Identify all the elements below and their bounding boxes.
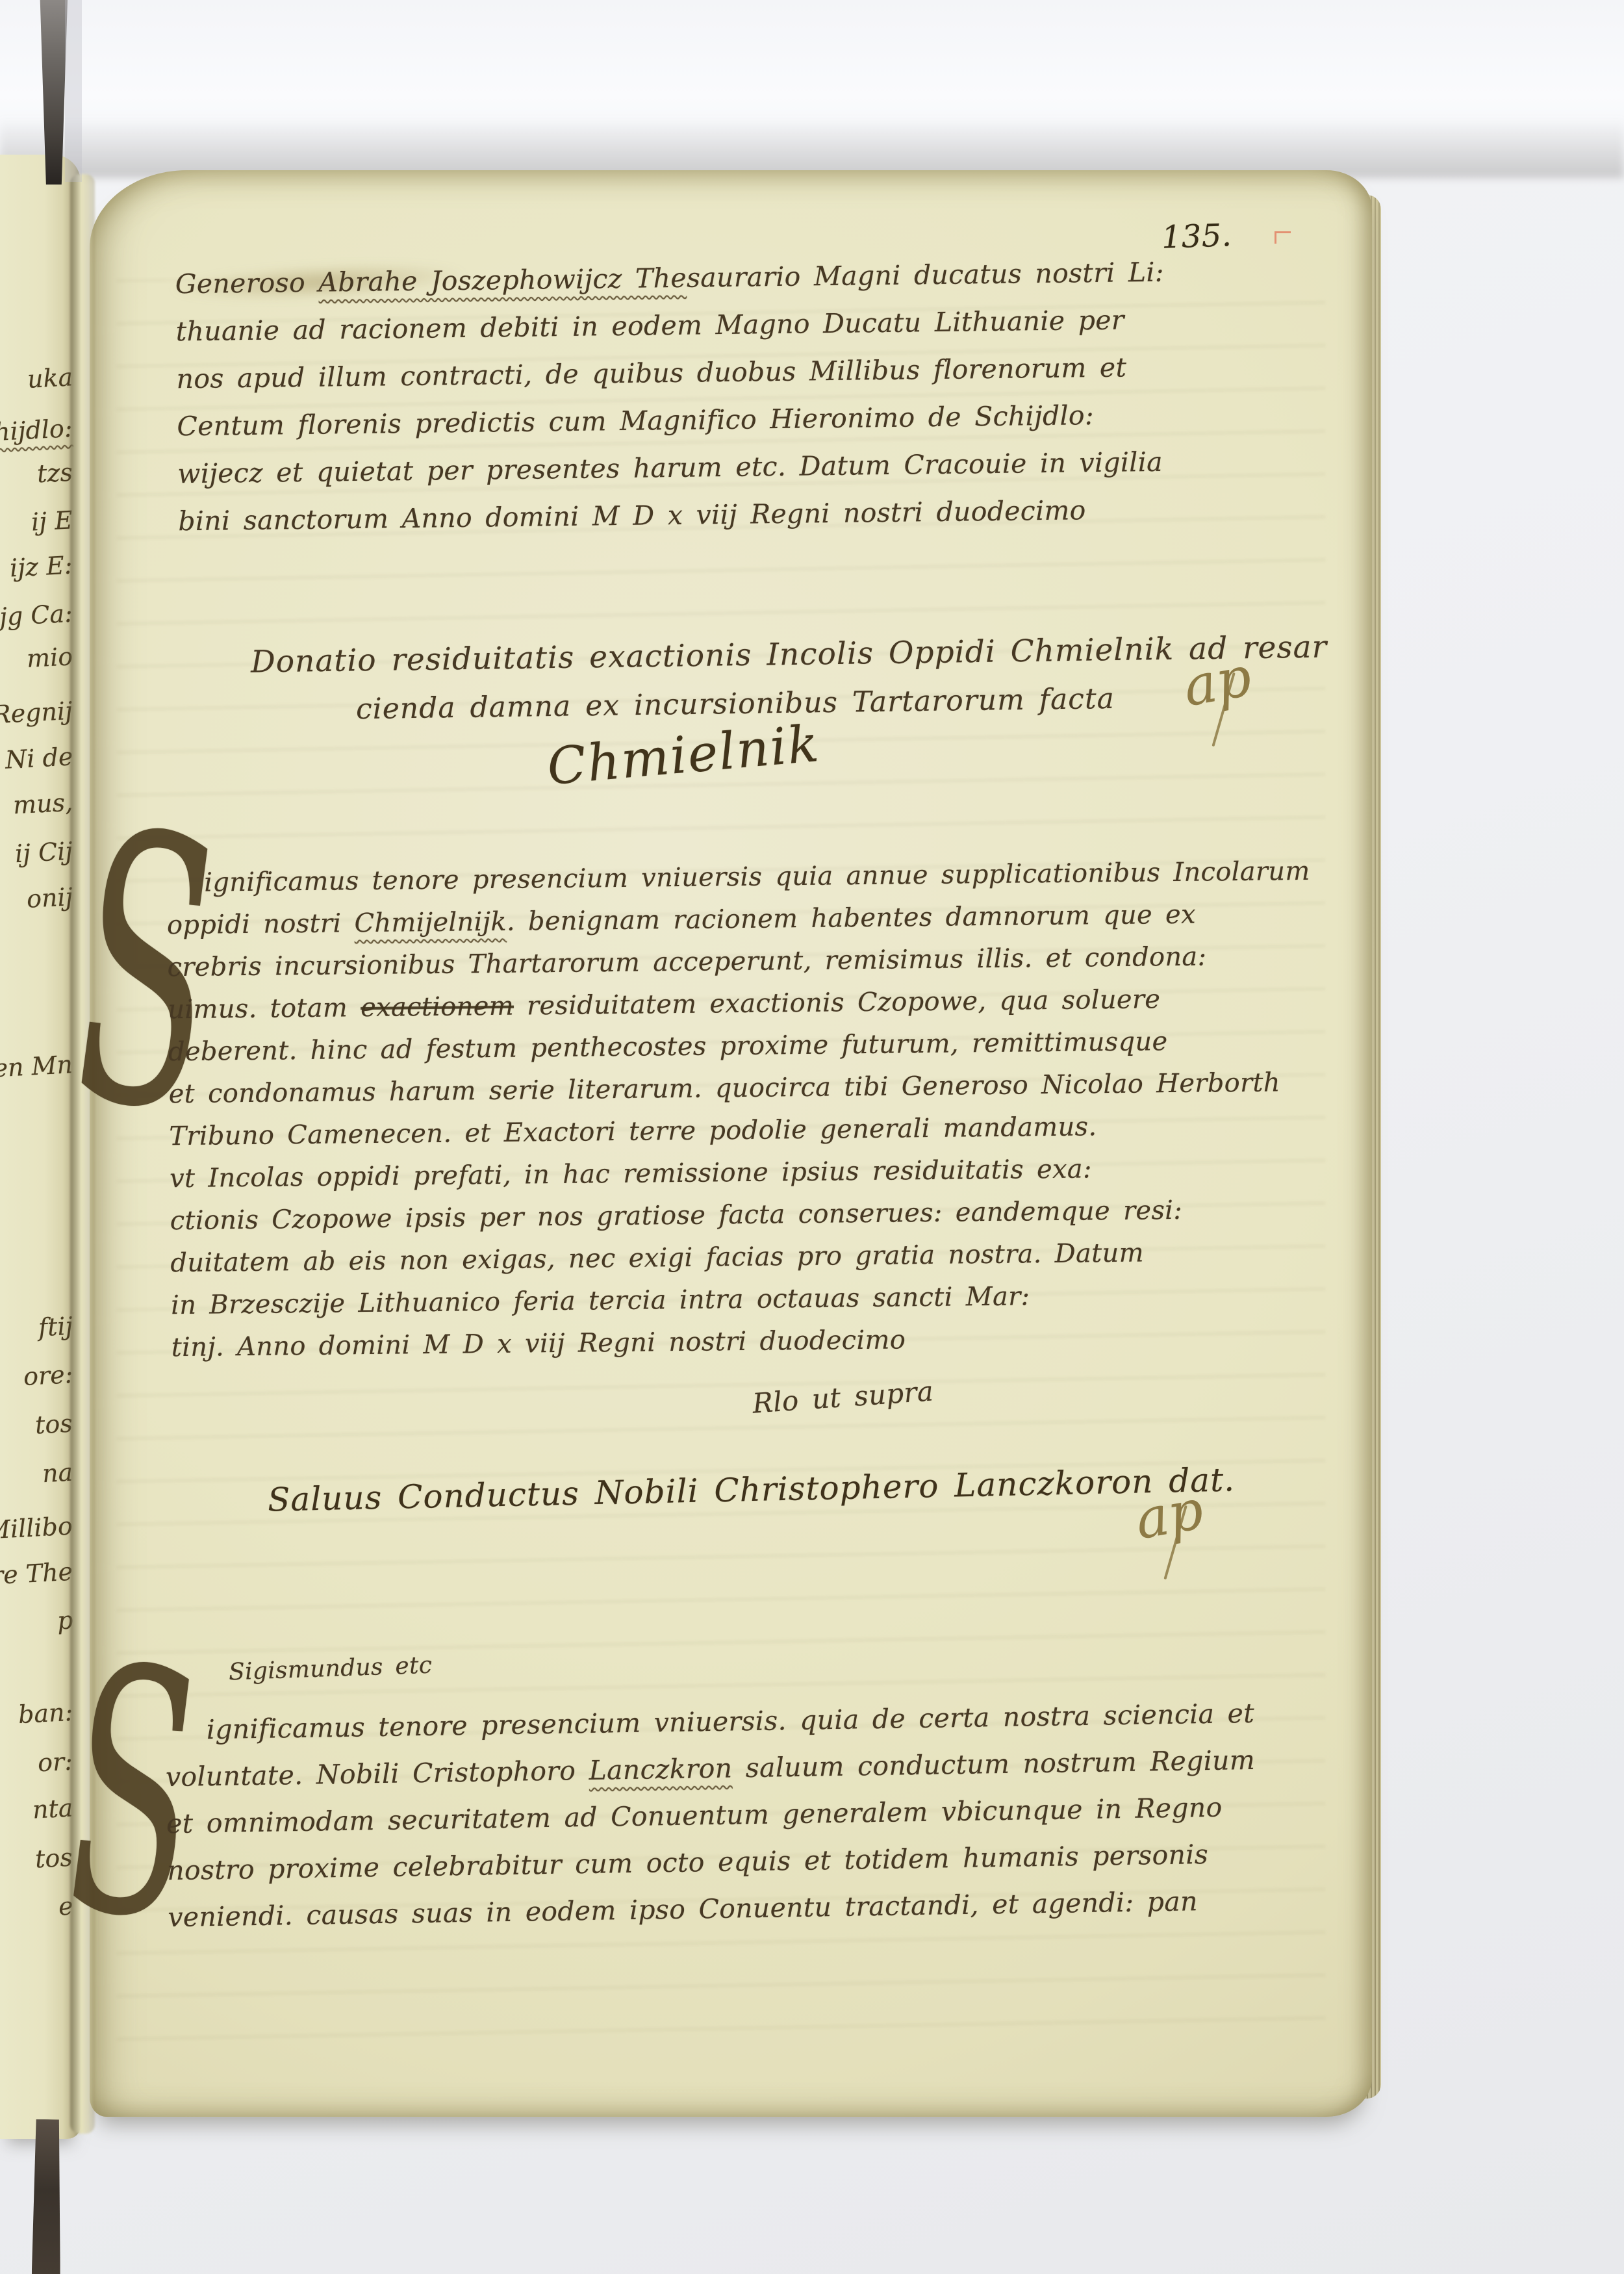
manuscript-text: . benignam racionem habentes damnorum qu… bbox=[507, 900, 1196, 937]
left-page-text-fragment: re The bbox=[0, 1557, 73, 1590]
manuscript-text: Regnij bbox=[0, 696, 73, 729]
manuscript-text: crebris incursionibus Thartarorum accepe… bbox=[167, 941, 1206, 982]
manuscript-text: mio bbox=[26, 642, 73, 673]
manuscript-text: Tribuno Camenecen. et Exactori terre pod… bbox=[169, 1112, 1097, 1151]
manuscript-text: uimus. totam bbox=[168, 993, 361, 1025]
left-page-text-fragment: mio bbox=[26, 642, 73, 673]
manuscript-text: residuitatem exactionis Czopowe, qua sol… bbox=[514, 984, 1161, 1021]
left-page-text-fragment: onij bbox=[26, 882, 74, 913]
manuscript-text: bini sanctorum Anno domini M D x viij Re… bbox=[178, 494, 1086, 537]
manuscript-text: voluntate. Nobili Cristophoro bbox=[166, 1755, 589, 1793]
left-page-text-fragment: nta bbox=[31, 1793, 73, 1824]
manuscript-text: ore: bbox=[23, 1360, 74, 1391]
left-page-text-fragment: ban: bbox=[18, 1698, 73, 1729]
manuscript-text: in Brzesczije Lithuanico feria tercia in… bbox=[171, 1281, 1030, 1320]
left-page-text-fragment: ore: bbox=[23, 1360, 74, 1391]
manuscript-text: nta bbox=[31, 1793, 73, 1824]
manuscript-text: ijg Ca: bbox=[0, 599, 73, 632]
manuscript-text: ftij bbox=[38, 1312, 74, 1342]
left-page-text-fragment: ftij bbox=[38, 1312, 74, 1342]
page-number: 135. bbox=[1161, 217, 1232, 256]
backing-sheet-shadow bbox=[0, 118, 1624, 178]
manuscript-text: vt Incolas oppidi prefati, in hac remiss… bbox=[170, 1154, 1092, 1194]
left-page-text-fragment: Regnij bbox=[0, 696, 73, 729]
red-pencil-mark bbox=[1275, 231, 1291, 244]
manuscript-text: tzs bbox=[36, 458, 73, 489]
margin-mark-glyph: ap bbox=[1130, 1477, 1208, 1552]
manuscript-text: ban: bbox=[18, 1698, 73, 1729]
manuscript-text: et condonamus harum serie literarum. quo… bbox=[168, 1067, 1280, 1109]
manuscript-text: veniendi. causas suas in eodem ipso Conu… bbox=[168, 1885, 1198, 1933]
left-page-text-fragment: uen Mn bbox=[0, 1050, 73, 1084]
left-page-text-fragment: uka bbox=[27, 363, 73, 394]
manuscript-text: tinj. Anno domini M D x viij Regni nostr… bbox=[171, 1325, 906, 1362]
manuscript-text: ignificamus tenore presencium vniuersis.… bbox=[206, 1698, 1254, 1745]
manuscript-text: ij Cij bbox=[14, 837, 73, 869]
manuscript-text: Centum florenis predictis cum Magnifico … bbox=[177, 400, 1094, 442]
manuscript-text: re The bbox=[0, 1557, 73, 1590]
manuscript-text: ctionis Czopowe ipsis per nos gratiose f… bbox=[170, 1195, 1183, 1236]
left-page-text-fragment: tos bbox=[34, 1409, 73, 1440]
underlined-phrase: Lanczkron bbox=[589, 1752, 733, 1785]
left-page-text-fragment: tos bbox=[34, 1843, 73, 1874]
manuscript-text: uen Mn bbox=[0, 1050, 73, 1084]
struck-word: exactionem bbox=[361, 991, 514, 1023]
underlined-phrase: Abrahe Joszephowijcz The bbox=[318, 262, 687, 298]
margin-expedition-mark-2: ap bbox=[1130, 1477, 1208, 1552]
left-page-text-fragment: mus, bbox=[12, 788, 73, 820]
manuscript-text: na bbox=[42, 1458, 73, 1488]
manuscript-text: ij E bbox=[31, 505, 73, 536]
manuscript-text: or: bbox=[37, 1747, 73, 1778]
manuscript-text: ignificamus tenore presencium vniuersis … bbox=[204, 856, 1310, 898]
manuscript-text: oppidi nostri bbox=[167, 908, 355, 940]
margin-mark-glyph: ap bbox=[1178, 645, 1256, 719]
manuscript-text: thuanie ad racionem debiti in eodem Magn… bbox=[175, 304, 1124, 347]
manuscript-text: ijz E: bbox=[9, 551, 73, 583]
manuscript-text: Millibo bbox=[0, 1512, 73, 1545]
manuscript-text: deberent. hinc ad festum penthecostes pr… bbox=[168, 1027, 1168, 1067]
manuscript-text: wijecz et quietat per presentes harum et… bbox=[177, 446, 1163, 490]
manuscript-text: saluum conductum nostrum Regium bbox=[732, 1744, 1255, 1784]
left-page-text-fragment: ij Cij bbox=[14, 837, 73, 869]
manuscript-text: nostro proxime celebrabitur cum octo equ… bbox=[167, 1839, 1208, 1886]
left-page-text-fragment: ij E bbox=[31, 505, 73, 536]
margin-expedition-mark-1: ap bbox=[1178, 645, 1256, 719]
book-strap-bottom bbox=[32, 2119, 62, 2274]
manuscript-text: et omnimodam securitatem ad Conuentum ge… bbox=[166, 1792, 1223, 1840]
underlined-phrase: hijdlo: bbox=[0, 414, 73, 446]
underlined-phrase: Chmijelnijk bbox=[354, 907, 507, 938]
manuscript-text: mus, bbox=[12, 788, 73, 820]
entry2-record-text: ignificamus tenore presencium vniuersis … bbox=[166, 850, 1315, 1369]
manuscript-text: tos bbox=[34, 1409, 73, 1440]
entry1-record-text: Generoso Abrahe Joszephowijcz Thesaurari… bbox=[175, 249, 1167, 546]
left-page-text-fragment: hijdlo: bbox=[0, 414, 73, 446]
plastic-strip bbox=[65, 0, 82, 182]
left-page-text-fragment: Ni de bbox=[5, 742, 73, 774]
manuscript-text: saurario Magni ducatus nostri Li: bbox=[687, 257, 1165, 294]
left-page-text-fragment: na bbox=[42, 1458, 73, 1488]
manuscript-text: duitatem ab eis non exigas, nec exigi fa… bbox=[170, 1238, 1144, 1279]
left-page-text-fragment: tzs bbox=[36, 458, 73, 489]
manuscript-text: tos bbox=[34, 1843, 73, 1874]
entry3-record-text: ignificamus tenore presencium vniuersis.… bbox=[164, 1690, 1258, 1941]
left-page-text-fragment: ijg Ca: bbox=[0, 599, 73, 632]
manuscript-text: Ni de bbox=[5, 742, 73, 774]
manuscript-text: uka bbox=[27, 363, 73, 394]
left-page-text-fragment: or: bbox=[37, 1747, 73, 1778]
archival-manuscript-photo: ukahijdlo:tzsij Eijz E:ijg Ca:mioRegnijN… bbox=[0, 0, 1624, 2274]
manuscript-text: onij bbox=[26, 882, 74, 913]
left-page-text-fragment: ijz E: bbox=[9, 551, 73, 583]
left-page-edge: ukahijdlo:tzsij Eijz E:ijg Ca:mioRegnijN… bbox=[0, 155, 81, 2139]
left-page-text-fragment: Millibo bbox=[0, 1512, 73, 1545]
manuscript-text: Generoso bbox=[175, 267, 319, 300]
manuscript-text: nos apud illum contracti, de quibus duob… bbox=[176, 351, 1126, 394]
